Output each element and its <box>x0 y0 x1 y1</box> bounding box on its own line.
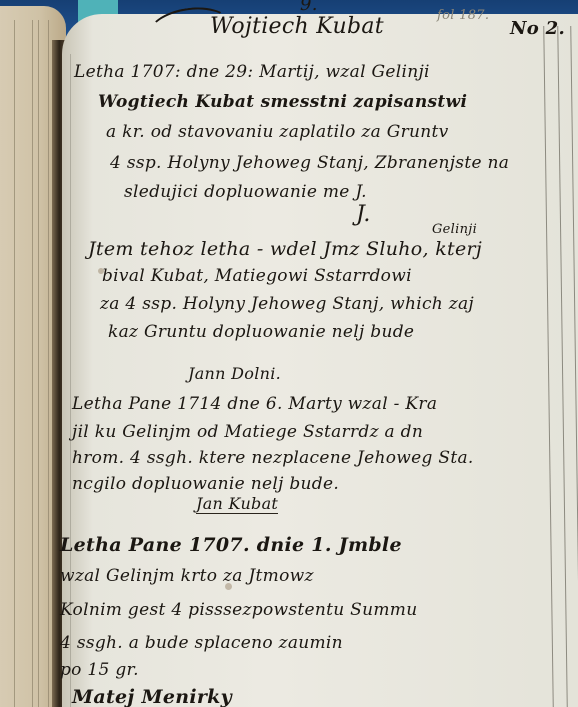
entry-line: bival Kubat, Matiegowi Sstarrdowi <box>102 266 412 286</box>
entry-line: za 4 ssp. Holyny Jehoweg Stanj, which za… <box>100 294 474 314</box>
entry-line: a kr. od stavovaniu zaplatilo za Gruntv <box>106 122 449 142</box>
margin-rule <box>557 26 568 707</box>
superscript-note: Gelinji <box>432 222 477 237</box>
ruled-line <box>14 20 15 707</box>
entry-line: sledujici dopluowanie me J. <box>124 182 367 202</box>
entry-line: Letha Pane 1714 dne 6. Marty wzal - Kra <box>72 394 437 414</box>
entry-heading: Jan Kubat <box>196 494 278 514</box>
entry-line: wzal Gelinjm krto za Jtmowz <box>60 566 314 586</box>
entry-line: po 15 gr. <box>60 660 139 680</box>
entry-line: 4 ssp. Holyny Jehoweg Stanj, Zbranenjste… <box>110 153 509 173</box>
entry-line: kaz Gruntu dopluowanie nelj bude <box>108 322 414 342</box>
ruled-line <box>32 20 33 707</box>
document-photo: 9. Wojtiech Kubat fol 187. No 2. Letha 1… <box>0 0 578 707</box>
folio-note: fol 187. <box>437 8 489 23</box>
entry-line: ncgilo dopluowanie nelj bude. <box>72 474 339 494</box>
entry-line: Matej Menirky <box>72 686 232 707</box>
ruled-line <box>48 20 49 707</box>
entry-line: Kolnim gest 4 pisssezpowstentu Summu <box>60 600 417 620</box>
signature-flourish: J. <box>356 202 371 227</box>
entry-line: Jtem tehoz letha - wdel Jmz Sluho, kterj <box>88 238 482 260</box>
page-title: Wojtiech Kubat <box>210 14 384 39</box>
entry-heading: Jann Dolni. <box>188 364 281 383</box>
entry-line: Letha Pane 1707. dnie 1. Jmble <box>60 534 402 556</box>
entry-line: 4 ssgh. a bude splaceno zaumin <box>60 633 343 653</box>
ruled-line <box>38 20 39 707</box>
margin-rule <box>570 26 578 707</box>
top-mark: 9. <box>300 0 318 15</box>
entry-line: hrom. 4 ssgh. ktere nezplacene Jehoweg S… <box>72 448 474 468</box>
corner-mark: No 2. <box>510 18 565 39</box>
entry-line: jil ku Gelinjm od Matiege Sstarrdz a dn <box>72 422 423 442</box>
entry-line: Wogtiech Kubat smesstni zapisanstwi <box>98 92 467 112</box>
margin-rule <box>543 26 554 707</box>
entry-line: Letha 1707: dne 29: Martij, wzal Gelinji <box>74 62 430 82</box>
